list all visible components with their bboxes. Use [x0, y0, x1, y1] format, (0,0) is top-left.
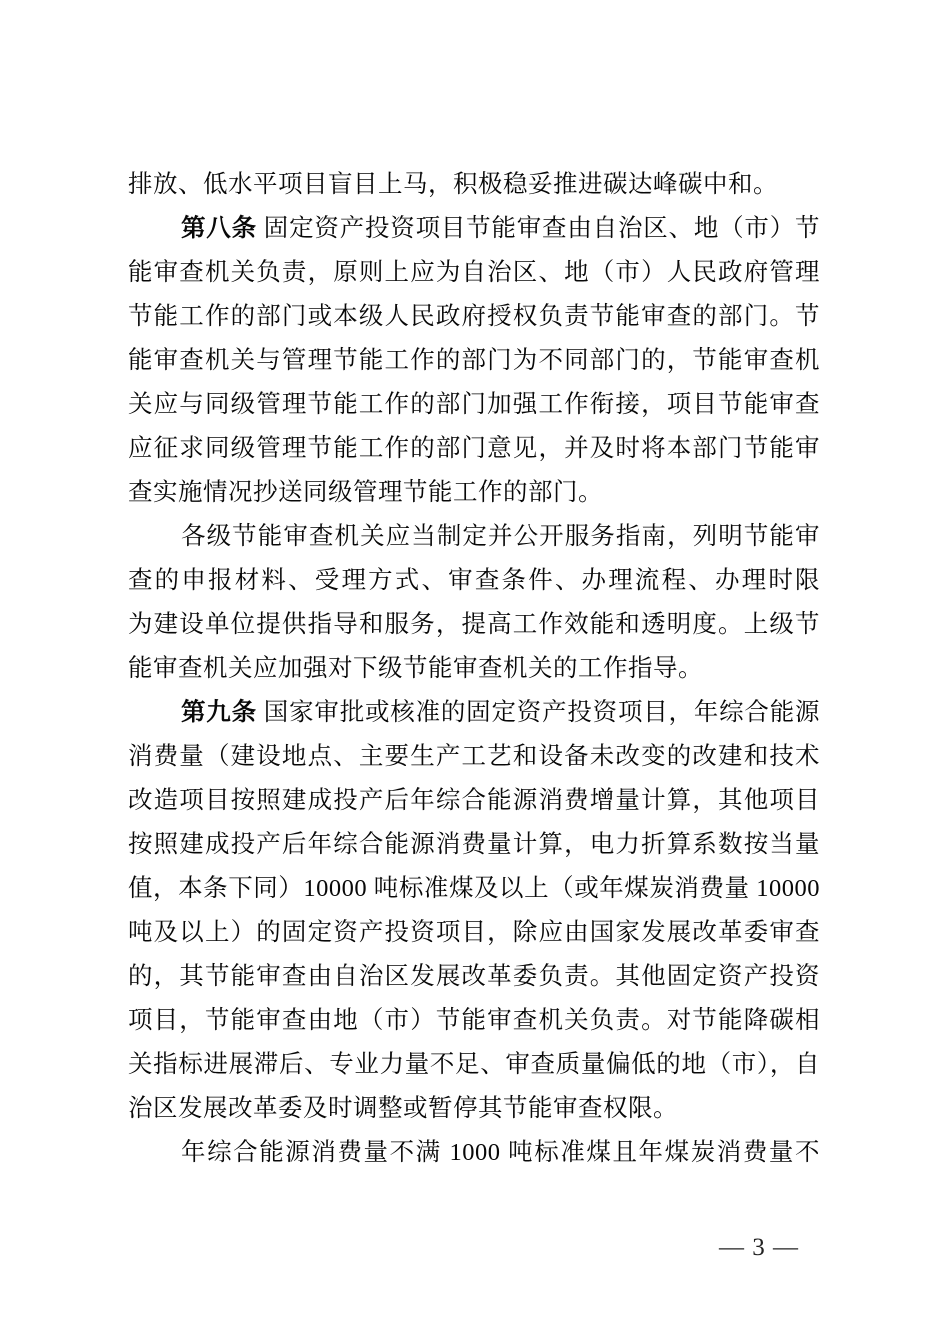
- article-number-label: 第八条: [181, 215, 257, 242]
- text-line: 关指标进展滞后、专业力量不足、审查质量偏低的地（市），自: [128, 1043, 820, 1087]
- text-segment: 能审查机关负责，原则上应为自治区、地（市）人民政府管理: [128, 259, 820, 286]
- text-segment: 应征求同级管理节能工作的部门意见，并及时将本部门节能审: [128, 435, 820, 462]
- text-segment: 能审查机关与管理节能工作的部门为不同部门的，节能审查机: [128, 347, 820, 374]
- text-segment: 查实施情况抄送同级管理节能工作的部门。: [128, 479, 603, 506]
- text-line: 能审查机关负责，原则上应为自治区、地（市）人民政府管理: [128, 251, 820, 295]
- text-segment: 查的申报材料、受理方式、审查条件、办理流程、办理时限等，: [128, 567, 820, 603]
- text-segment: 按照建成投产后年综合能源消费量计算，电力折算系数按当量: [128, 831, 820, 858]
- text-segment: 关指标进展滞后、专业力量不足、审查质量偏低的地（市），自: [128, 1051, 820, 1078]
- text-segment: 关应与同级管理节能工作的部门加强工作衔接，项目节能审查: [128, 391, 820, 418]
- text-line: 第八条 固定资产投资项目节能审查由自治区、地（市）节: [128, 207, 820, 251]
- text-line: 项目，节能审查由地（市）节能审查机关负责。对节能降碳相: [128, 999, 820, 1043]
- text-line: 按照建成投产后年综合能源消费量计算，电力折算系数按当量: [128, 823, 820, 867]
- page-number: — 3 —: [698, 1232, 820, 1264]
- text-line: 的，其节能审查由自治区发展改革委负责。其他固定资产投资: [128, 955, 820, 999]
- text-line: 排放、低水平项目盲目上马，积极稳妥推进碳达峰碳中和。: [128, 163, 820, 207]
- text-segment: 值，本条下同）10000 吨标准煤及以上（或年煤炭消费量 10000: [128, 875, 820, 902]
- text-line: 治区发展改革委及时调整或暂停其节能审查权限。: [128, 1087, 820, 1131]
- text-line: 吨及以上）的固定资产投资项目，除应由国家发展改革委审查: [128, 911, 820, 955]
- text-line: 改造项目按照建成投产后年综合能源消费增量计算，其他项目: [128, 779, 820, 823]
- document-body: 排放、低水平项目盲目上马，积极稳妥推进碳达峰碳中和。第八条 固定资产投资项目节能…: [128, 163, 820, 1175]
- text-line: 查实施情况抄送同级管理节能工作的部门。: [128, 471, 820, 515]
- document-page: 排放、低水平项目盲目上马，积极稳妥推进碳达峰碳中和。第八条 固定资产投资项目节能…: [0, 0, 950, 1344]
- text-line: 消费量（建设地点、主要生产工艺和设备未改变的改建和技术: [128, 735, 820, 779]
- text-segment: 国家审批或核准的固定资产投资项目，年综合能源: [257, 699, 820, 726]
- text-segment: 各级节能审查机关应当制定并公开服务指南，列明节能审: [181, 523, 820, 550]
- para-under-1000-tons: 年综合能源消费量不满 1000 吨标准煤且年煤炭消费量不满: [128, 1131, 820, 1175]
- text-segment: 项目，节能审查由地（市）节能审查机关负责。对节能降碳相: [128, 1007, 820, 1034]
- text-segment: 治区发展改革委及时调整或暂停其节能审查权限。: [128, 1095, 678, 1122]
- text-segment: 消费量（建设地点、主要生产工艺和设备未改变的改建和技术: [128, 743, 820, 770]
- text-segment: 固定资产投资项目节能审查由自治区、地（市）节: [257, 215, 820, 242]
- text-segment: 吨及以上）的固定资产投资项目，除应由国家发展改革委审查: [128, 919, 820, 946]
- text-line: 能审查机关应加强对下级节能审查机关的工作指导。: [128, 647, 820, 691]
- text-segment: 节能工作的部门或本级人民政府授权负责节能审查的部门。节: [128, 303, 820, 330]
- text-segment: 改造项目按照建成投产后年综合能源消费增量计算，其他项目: [128, 787, 820, 814]
- para-continuation-carbon-goal: 排放、低水平项目盲目上马，积极稳妥推进碳达峰碳中和。: [128, 163, 820, 207]
- article-8: 第八条 固定资产投资项目节能审查由自治区、地（市）节能审查机关负责，原则上应为自…: [128, 207, 820, 515]
- text-line: 年综合能源消费量不满 1000 吨标准煤且年煤炭消费量不满: [128, 1131, 820, 1175]
- text-line: 关应与同级管理节能工作的部门加强工作衔接，项目节能审查: [128, 383, 820, 427]
- article-number-label: 第九条: [181, 699, 257, 726]
- text-segment: 为建设单位提供指导和服务，提高工作效能和透明度。上级节: [128, 611, 820, 638]
- text-line: 各级节能审查机关应当制定并公开服务指南，列明节能审: [128, 515, 820, 559]
- text-line: 节能工作的部门或本级人民政府授权负责节能审查的部门。节: [128, 295, 820, 339]
- para-service-guide: 各级节能审查机关应当制定并公开服务指南，列明节能审查的申报材料、受理方式、审查条…: [128, 515, 820, 691]
- text-segment: 年综合能源消费量不满 1000 吨标准煤且年煤炭消费量不满: [181, 1139, 820, 1175]
- text-line: 能审查机关与管理节能工作的部门为不同部门的，节能审查机: [128, 339, 820, 383]
- text-segment: 的，其节能审查由自治区发展改革委负责。其他固定资产投资: [128, 963, 820, 990]
- text-line: 第九条 国家审批或核准的固定资产投资项目，年综合能源: [128, 691, 820, 735]
- article-9: 第九条 国家审批或核准的固定资产投资项目，年综合能源消费量（建设地点、主要生产工…: [128, 691, 820, 1131]
- text-line: 应征求同级管理节能工作的部门意见，并及时将本部门节能审: [128, 427, 820, 471]
- text-segment: 能审查机关应加强对下级节能审查机关的工作指导。: [128, 655, 703, 682]
- text-segment: 排放、低水平项目盲目上马，积极稳妥推进碳达峰碳中和。: [128, 171, 778, 198]
- text-line: 值，本条下同）10000 吨标准煤及以上（或年煤炭消费量 10000: [128, 867, 820, 911]
- text-line: 查的申报材料、受理方式、审查条件、办理流程、办理时限等，: [128, 559, 820, 603]
- text-line: 为建设单位提供指导和服务，提高工作效能和透明度。上级节: [128, 603, 820, 647]
